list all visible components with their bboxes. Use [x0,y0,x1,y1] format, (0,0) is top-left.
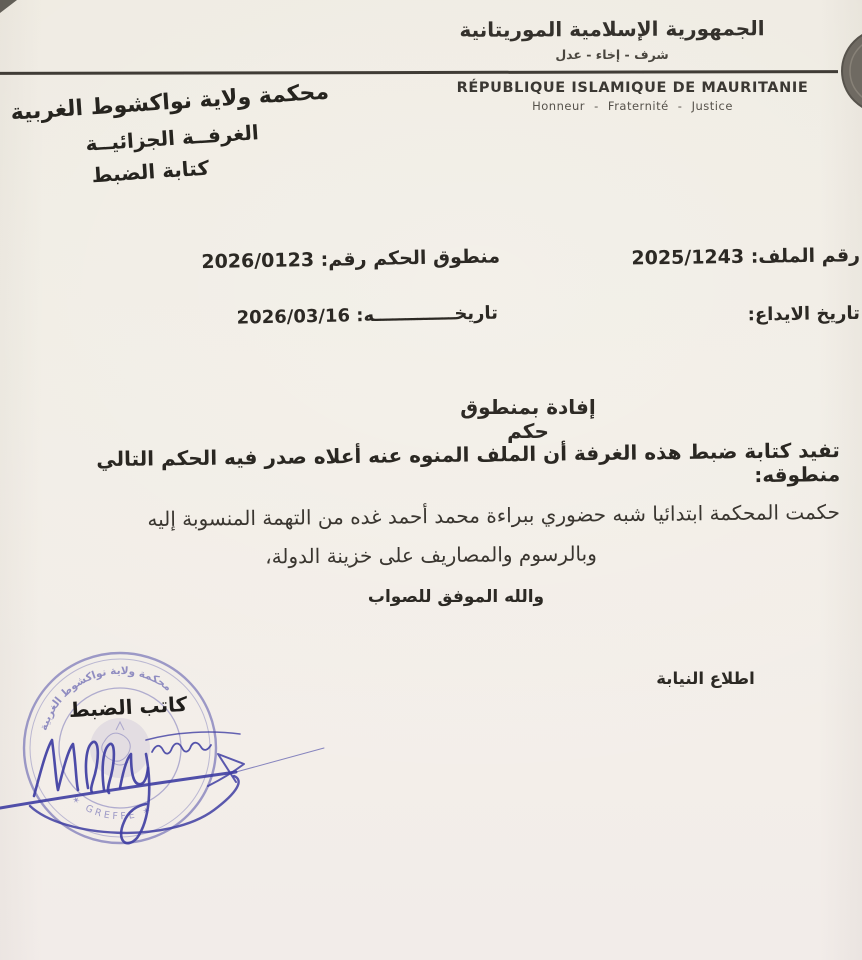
court-identification-block: محكمة ولاية نواكشوط الغربية الغرفــة الج… [0,79,345,193]
deposit-date-line: تاريخ الايداع: [698,303,860,326]
verdict-text-line2: وبالرسوم والمصاريف على خزينة الدولة، [0,539,862,571]
french-motto: Honneur - Fraternité - Justice [455,99,810,113]
scanned-court-document: الجمهورية الإسلامية الموريتانية شرف - إخ… [0,0,862,960]
registry-intro-line: تفيد كتابة ضبط هذه الغرفة أن الملف المنو… [28,438,841,496]
verdict-number-value: 2026/0123 [201,249,314,273]
file-number-line: رقم الملف: 2025/1243 [608,244,860,270]
file-number-value: 2025/1243 [631,246,744,270]
verdict-date-label: تاريخـــــــــــــه: [356,303,498,327]
verdict-date-value: 2026/03/16 [236,305,350,328]
deposit-date-label: تاريخ الايداع: [748,303,861,326]
arabic-motto: شرف - إخاء - عدل [452,47,772,62]
closing-formula: والله الموفق للصواب [300,587,612,607]
file-number-label: رقم الملف: [751,244,861,268]
french-republic-title: RÉPUBLIQUE ISLAMIQUE DE MAURITANIE [455,80,810,96]
verdict-number-label: منطوق الحكم رقم: [320,245,500,270]
scan-corner-artifact [0,0,17,13]
document-title: إفادة بمنطوق حكم [448,395,608,443]
prosecution-note: اطلاع النيابة [618,669,793,688]
verdict-text-line1: حكمت المحكمة ابتدائيا شبه حضوري ببراءة م… [38,500,840,532]
verdict-number-line: منطوق الحكم رقم: 2026/0123 [128,245,500,274]
verdict-date-line: تاريخـــــــــــــه: 2026/03/16 [143,303,498,331]
national-emblem-seal-icon [838,26,862,118]
header-rule [0,70,838,74]
arabic-republic-title: الجمهورية الإسلامية الموريتانية [452,16,772,42]
